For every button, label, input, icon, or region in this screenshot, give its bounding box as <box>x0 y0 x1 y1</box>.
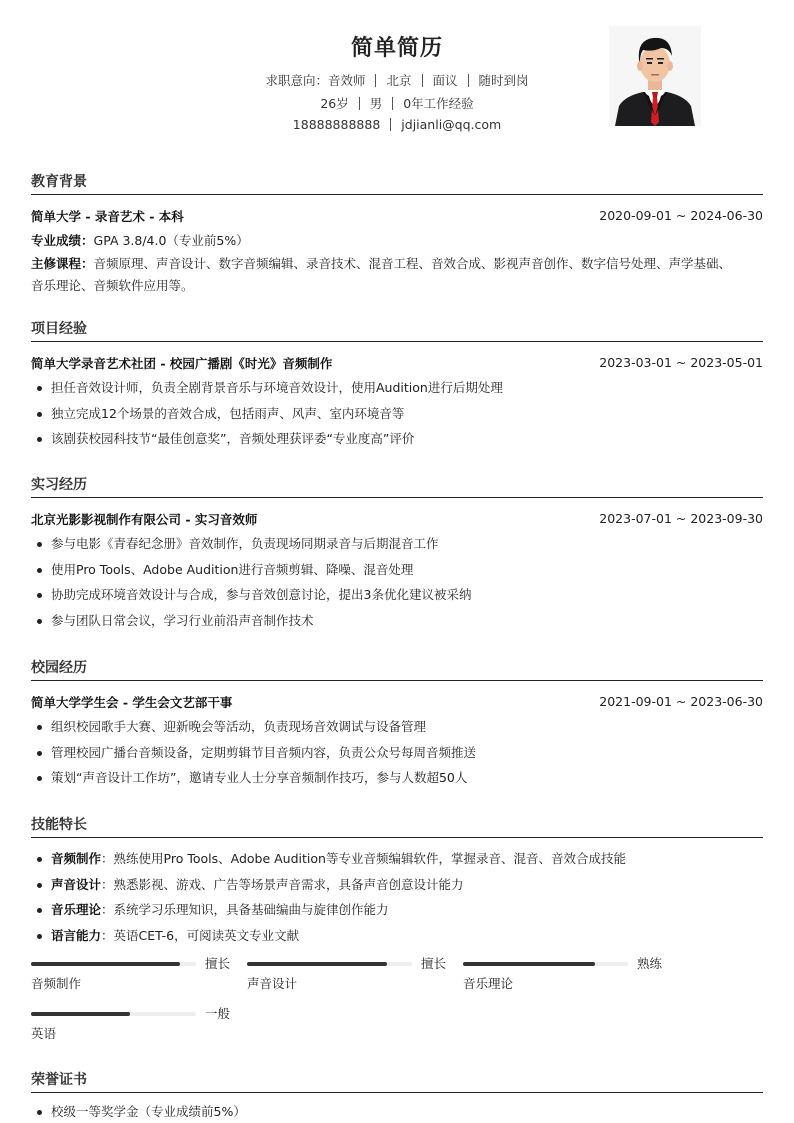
skill-level: 熟练 <box>637 954 662 972</box>
section-education: 教育背景 简单大学 - 录音艺术 - 本科 2020-09-01 ~ 2024-… <box>31 172 763 297</box>
skill-name: 音频制作 <box>31 974 81 992</box>
education-entry-header: 简单大学 - 录音艺术 - 本科 2020-09-01 ~ 2024-06-30 <box>31 203 763 228</box>
email: jdjianli@qq.com <box>401 117 501 132</box>
divider <box>422 74 423 87</box>
skill-bar-english: 一般 英语 <box>31 1004 237 1054</box>
campus-entry-header: 简单大学学生会 - 学生会文艺部干事 2021-09-01 ~ 2023-06-… <box>31 689 763 714</box>
project-bullets: 担任音效设计师，负责全剧背景音乐与环境音效设计，使用Audition进行后期处理… <box>31 375 763 452</box>
list-item: 策划“声音设计工作坊”，邀请专业人士分享音频制作技巧，参与人数超50人 <box>31 765 763 791</box>
skill-level: 一般 <box>205 1004 230 1022</box>
progress-track <box>247 962 412 966</box>
section-title-education: 教育背景 <box>31 172 763 195</box>
skill-label: 音频制作 <box>51 851 101 866</box>
skill-label: 语言能力 <box>51 928 101 943</box>
section-project: 项目经验 简单大学录音艺术社团 - 校园广播剧《时光》音频制作 2023-03-… <box>31 319 763 452</box>
divider <box>468 74 469 87</box>
courses-line: 主修课程：音频原理、声音设计、数字音频编辑、录音技术、混音工程、音效合成、影视声… <box>31 253 763 275</box>
list-item: 语言能力：英语CET-6，可阅读英文专业文献 <box>31 923 763 949</box>
section-honors: 荣誉证书 校级一等奖学金（专业成绩前5%） <box>31 1070 763 1123</box>
section-internship: 实习经历 北京光影影视制作有限公司 - 实习音效师 2023-07-01 ~ 2… <box>31 475 763 633</box>
internship-bullets: 参与电影《青春纪念册》音效制作，负责现场同期录音与后期混音工作 使用Pro To… <box>31 531 763 633</box>
skill-text: ：熟练使用Pro Tools、Adobe Audition等专业音频编辑软件，掌… <box>101 851 626 866</box>
list-item: 管理校园广播台音频设备，定期剪辑节目音频内容，负责公众号每周音频推送 <box>31 740 763 766</box>
gpa-line: 专业成绩：GPA 3.8/4.0（专业前5%） <box>31 228 763 253</box>
progress-fill <box>463 962 595 966</box>
list-item: 参与电影《青春纪念册》音效制作，负责现场同期录音与后期混音工作 <box>31 531 763 557</box>
progress-fill <box>31 962 180 966</box>
internship-entry-header: 北京光影影视制作有限公司 - 实习音效师 2023-07-01 ~ 2023-0… <box>31 506 763 531</box>
divider <box>359 97 360 110</box>
list-item: 协助完成环境音效设计与合成，参与音效创意讨论，提出3条优化建议被采纳 <box>31 582 763 608</box>
skill-bar-sound-design: 擅长 声音设计 <box>247 954 453 1004</box>
project-name: 简单大学录音艺术社团 - 校园广播剧《时光》音频制作 <box>31 354 332 372</box>
education-date: 2020-09-01 ~ 2024-06-30 <box>599 208 763 223</box>
section-title-campus: 校园经历 <box>31 658 763 681</box>
skill-level: 擅长 <box>205 954 230 972</box>
section-skills: 技能特长 音频制作：熟练使用Pro Tools、Adobe Audition等专… <box>31 815 763 1074</box>
progress-track <box>31 1012 196 1016</box>
skills-bullets: 音频制作：熟练使用Pro Tools、Adobe Audition等专业音频编辑… <box>31 846 763 948</box>
divider <box>375 74 376 87</box>
honors-bullets: 校级一等奖学金（专业成绩前5%） <box>31 1099 763 1123</box>
job-salary: 面议 <box>433 71 458 89</box>
portrait-illustration-icon <box>609 26 701 126</box>
skill-name: 音乐理论 <box>463 974 513 992</box>
skill-text: ：系统学习乐理知识，具备基础编曲与旋律创作能力 <box>101 902 389 917</box>
list-item: 音频制作：熟练使用Pro Tools、Adobe Audition等专业音频编辑… <box>31 846 763 872</box>
internship-date: 2023-07-01 ~ 2023-09-30 <box>599 511 763 526</box>
list-item: 音乐理论：系统学习乐理知识，具备基础编曲与旋律创作能力 <box>31 897 763 923</box>
progress-fill <box>31 1012 130 1016</box>
resume-header: 简单简历 求职意向：音效师 北京 面议 随时到岗 26岁 男 0年工作经验 18… <box>31 0 763 150</box>
phone: 18888888888 <box>293 117 380 132</box>
job-intent: 求职意向：音效师 <box>265 71 365 89</box>
skill-text: ：英语CET-6，可阅读英文专业文献 <box>101 928 299 943</box>
skill-label: 声音设计 <box>51 877 101 892</box>
skill-level-bars: 擅长 音频制作 擅长 声音设计 熟练 音乐理论 一般 英语 <box>31 954 763 1074</box>
avatar <box>609 26 701 126</box>
courses-label: 主修课程： <box>31 256 94 271</box>
skill-text: ：熟悉影视、游戏、广告等场景声音需求，具备声音创意设计能力 <box>101 877 464 892</box>
resume-page: 简单简历 求职意向：音效师 北京 面议 随时到岗 26岁 男 0年工作经验 18… <box>0 0 794 1123</box>
project-entry-header: 简单大学录音艺术社团 - 校园广播剧《时光》音频制作 2023-03-01 ~ … <box>31 350 763 375</box>
divider <box>390 118 391 131</box>
section-title-honors: 荣誉证书 <box>31 1070 763 1093</box>
experience-years: 0年工作经验 <box>403 94 473 112</box>
skill-bar-music-theory: 熟练 音乐理论 <box>463 954 669 1004</box>
divider <box>392 97 393 110</box>
gender: 男 <box>370 94 383 112</box>
progress-track <box>463 962 628 966</box>
section-title-project: 项目经验 <box>31 319 763 342</box>
list-item: 该剧获校园科技节“最佳创意奖”，音频处理获评委“专业度高”评价 <box>31 426 763 452</box>
progress-track <box>31 962 196 966</box>
list-item: 担任音效设计师，负责全剧背景音乐与环境音效设计，使用Audition进行后期处理 <box>31 375 763 401</box>
skill-name: 声音设计 <box>247 974 297 992</box>
job-city: 北京 <box>386 71 411 89</box>
section-title-skills: 技能特长 <box>31 815 763 838</box>
list-item: 参与团队日常会议，学习行业前沿声音制作技术 <box>31 608 763 634</box>
skill-level: 擅长 <box>421 954 446 972</box>
list-item: 独立完成12个场景的音效合成，包括雨声、风声、室内环境音等 <box>31 401 763 427</box>
courses-value: 音频原理、声音设计、数字音频编辑、录音技术、混音工程、音效合成、影视声音创作、数… <box>94 256 732 271</box>
section-title-internship: 实习经历 <box>31 475 763 498</box>
gpa-value: GPA 3.8/4.0（专业前5%） <box>94 233 249 248</box>
section-campus: 校园经历 简单大学学生会 - 学生会文艺部干事 2021-09-01 ~ 202… <box>31 658 763 791</box>
job-availability: 随时到岗 <box>479 71 529 89</box>
project-date: 2023-03-01 ~ 2023-05-01 <box>599 355 763 370</box>
campus-date: 2021-09-01 ~ 2023-06-30 <box>599 694 763 709</box>
list-item: 声音设计：熟悉影视、游戏、广告等场景声音需求，具备声音创意设计能力 <box>31 872 763 898</box>
campus-bullets: 组织校园歌手大赛、迎新晚会等活动，负责现场音效调试与设备管理 管理校园广播台音频… <box>31 714 763 791</box>
skill-label: 音乐理论 <box>51 902 101 917</box>
school-major-degree: 简单大学 - 录音艺术 - 本科 <box>31 207 184 225</box>
skill-bar-audio-production: 擅长 音频制作 <box>31 954 237 1004</box>
courses-line-2: 音乐理论、音频软件应用等。 <box>31 275 763 297</box>
company-role: 北京光影影视制作有限公司 - 实习音效师 <box>31 510 257 528</box>
skill-name: 英语 <box>31 1024 56 1042</box>
list-item: 使用Pro Tools、Adobe Audition进行音频剪辑、降噪、混音处理 <box>31 557 763 583</box>
gpa-label: 专业成绩： <box>31 233 94 248</box>
organization-role: 简单大学学生会 - 学生会文艺部干事 <box>31 693 232 711</box>
age: 26岁 <box>320 94 348 112</box>
list-item: 组织校园歌手大赛、迎新晚会等活动，负责现场音效调试与设备管理 <box>31 714 763 740</box>
progress-fill <box>247 962 387 966</box>
courses-value-continued: 音乐理论、音频软件应用等。 <box>31 278 194 293</box>
list-item: 校级一等奖学金（专业成绩前5%） <box>31 1099 763 1123</box>
